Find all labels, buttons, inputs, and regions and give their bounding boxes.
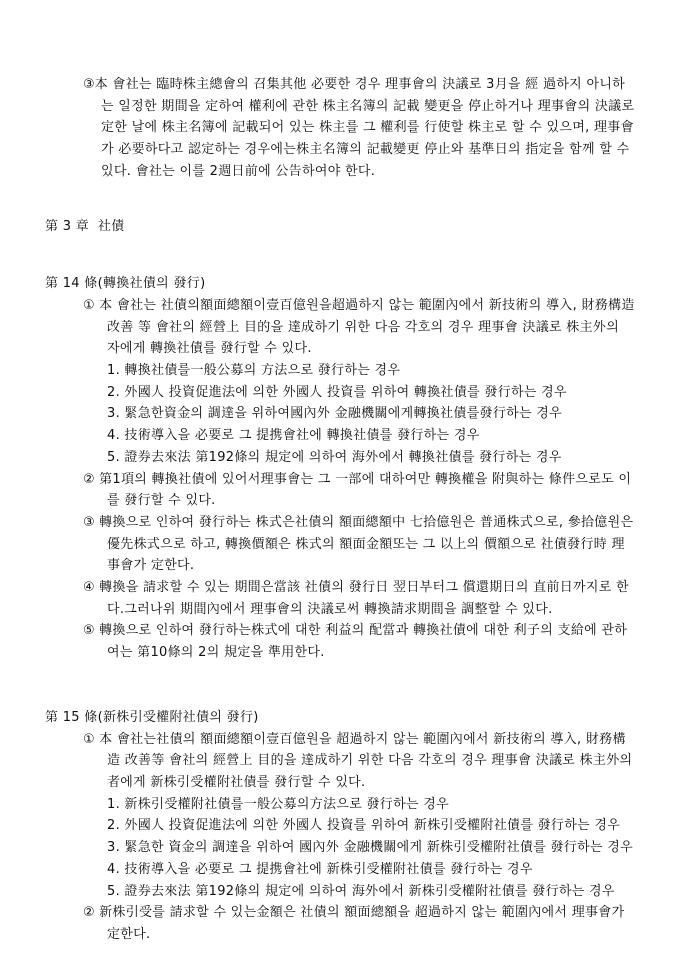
article-14-item-4: ④ 轉換을 請求할 수 있는 期間은當該 社債의 發行日 翌日부터그 償還期日의… — [83, 577, 635, 620]
article-heading-text: 第 15 條(新株引受權附社債의 發行) — [45, 710, 259, 725]
item-text: 第1項의 轉換社債에 있어서理事會는 그 一部에 대하여만 轉換權을 附與하는 … — [99, 472, 631, 509]
article-15: 第 15 條(新株引受權附社債의 發行) ① 本 會社는社債의 額面總額이壹百億… — [45, 707, 635, 946]
article-15-subitem-5: 5. 證券去來法 第192條의 規定에 의하여 海外에서 新株引受權附社債를 發… — [107, 881, 635, 903]
subitem-text: 4. 技術導入을 必要로 그 提携會社에 轉換社債를 發行하는 경우 — [107, 428, 480, 443]
item-marker: ③ — [83, 77, 95, 92]
article-14-subitem-3: 3. 緊急한資金의 調達을 위하여國內外 金融機關에게轉換社債를發行하는 경우 — [107, 403, 635, 425]
article-14-subitem-1: 1. 轉換社債를一般公募의 方法으로 發行하는 경우 — [107, 360, 635, 382]
article-14-item-2: ② 第1項의 轉換社債에 있어서理事會는 그 一部에 대하여만 轉換權을 附與하… — [83, 469, 635, 512]
chapter-heading: 第 3 章 社債 — [45, 216, 635, 238]
item-marker: ⑤ — [83, 623, 95, 638]
article-15-subitem-3: 3. 緊急한 資金의 調達을 위하여 國內外 金融機關에게 新株引受權附社債를 … — [107, 837, 635, 859]
item-marker: ④ — [83, 580, 95, 595]
subitem-text: 1. 轉換社債를一般公募의 方法으로 發行하는 경우 — [107, 363, 400, 378]
item-text: 新株引受를 請求할 수 있는金額은 社債의 額面總額을 超過하지 않는 範圍內에… — [99, 905, 629, 942]
article-15-subitem-1: 1. 新株引受權附社債를一般公募의方法으로 發行하는 경우 — [107, 794, 635, 816]
article-14-item-1: ① 本 會社는 社債의額面總額이壹百億원을超過하지 않는 範圍內에서 新技術의 … — [83, 295, 635, 360]
paragraph-carryover: ③本 會社는 臨時株主總會의 召集其他 必要한 경우 理事會의 決議로 3月을 … — [83, 74, 635, 183]
item-text: 轉換으로 인하여 發行하는 株式은社債의 額面總額中 七拾億원은 普通株式으로,… — [99, 515, 638, 573]
document-page: ③本 會社는 臨時株主總會의 召集其他 必要한 경우 理事會의 決議로 3月을 … — [0, 0, 680, 962]
article-14-subitem-5: 5. 證券去來法 第192條의 規定에 의하여 海外에서 轉換社債를 發行하는 … — [107, 447, 635, 469]
chapter-title: 第 3 章 社債 — [45, 219, 125, 234]
article-15-subitem-2: 2. 外國人 投資促進法에 의한 外國人 投資를 위하여 新株引受權附社債를 發… — [107, 815, 635, 837]
subitem-text: 3. 緊急한資金의 調達을 위하여國內外 金融機關에게轉換社債를發行하는 경우 — [107, 406, 562, 421]
item-marker: ① — [83, 732, 95, 747]
item-marker: ② — [83, 905, 95, 920]
article-14-subitem-4: 4. 技術導入을 必要로 그 提携會社에 轉換社債를 發行하는 경우 — [107, 425, 635, 447]
article-14: 第 14 條(轉換社債의 發行) ① 本 會社는 社債의額面總額이壹百億원을超過… — [45, 273, 635, 664]
article-15-item-2: ② 新株引受를 請求할 수 있는金額은 社債의 額面總額을 超過하지 않는 範圍… — [83, 902, 635, 945]
article-heading-text: 第 14 條(轉換社債의 發行) — [45, 276, 205, 291]
subitem-text: 3. 緊急한 資金의 調達을 위하여 國內外 金融機關에게 新株引受權附社債를 … — [107, 840, 633, 855]
article-14-heading: 第 14 條(轉換社債의 發行) — [45, 273, 635, 295]
article-14-subitem-2: 2. 外國人 投資促進法에 의한 外國人 投資를 위하여 轉換社債를 發行하는 … — [107, 382, 635, 404]
item-marker: ① — [83, 298, 95, 313]
item-marker: ② — [83, 472, 95, 487]
item-text: 本 會社는 社債의額面總額이壹百億원을超過하지 않는 範圍內에서 新技術의 導入… — [99, 298, 639, 356]
paragraph-text: 本 會社는 臨時株主總會의 召集其他 必要한 경우 理事會의 決議로 3月을 經… — [95, 77, 639, 179]
item-text: 轉換으로 인하여 發行하는株式에 대한 利益의 配當과 轉換社債에 대한 利子의… — [99, 623, 627, 660]
item-text: 本 會社는社債의 額面總額이壹百億원을 超過하지 않는 範圍內에서 新技術의 導… — [99, 732, 637, 790]
subitem-text: 1. 新株引受權附社債를一般公募의方法으로 發行하는 경우 — [107, 797, 449, 812]
subitem-text: 5. 證券去來法 第192條의 規定에 의하여 海外에서 轉換社債를 發行하는 … — [107, 450, 562, 465]
article-15-heading: 第 15 條(新株引受權附社債의 發行) — [45, 707, 635, 729]
subitem-text: 5. 證券去來法 第192條의 規定에 의하여 海外에서 新株引受權附社債를 發… — [107, 884, 615, 899]
article-15-subitem-4: 4. 技術導入을 必要로 그 提携會社에 新株引受權附社債를 發行하는 경우 — [107, 859, 635, 881]
item-marker: ③ — [83, 515, 95, 530]
article-15-item-1: ① 本 會社는社債의 額面總額이壹百億원을 超過하지 않는 範圍內에서 新技術의… — [83, 729, 635, 794]
subitem-text: 2. 外國人 投資促進法에 의한 外國人 投資를 위하여 新株引受權附社債를 發… — [107, 818, 620, 833]
subitem-text: 2. 外國人 投資促進法에 의한 外國人 投資를 위하여 轉換社債를 發行하는 … — [107, 385, 567, 400]
article-14-item-5: ⑤ 轉換으로 인하여 發行하는株式에 대한 利益의 配當과 轉換社債에 대한 利… — [83, 620, 635, 663]
article-14-item-3: ③ 轉換으로 인하여 發行하는 株式은社債의 額面總額中 七拾億원은 普通株式으… — [83, 512, 635, 577]
subitem-text: 4. 技術導入을 必要로 그 提携會社에 新株引受權附社債를 發行하는 경우 — [107, 862, 533, 877]
item-text: 轉換을 請求할 수 있는 期間은當該 社債의 發行日 翌日부터그 償還期日의 直… — [99, 580, 629, 617]
